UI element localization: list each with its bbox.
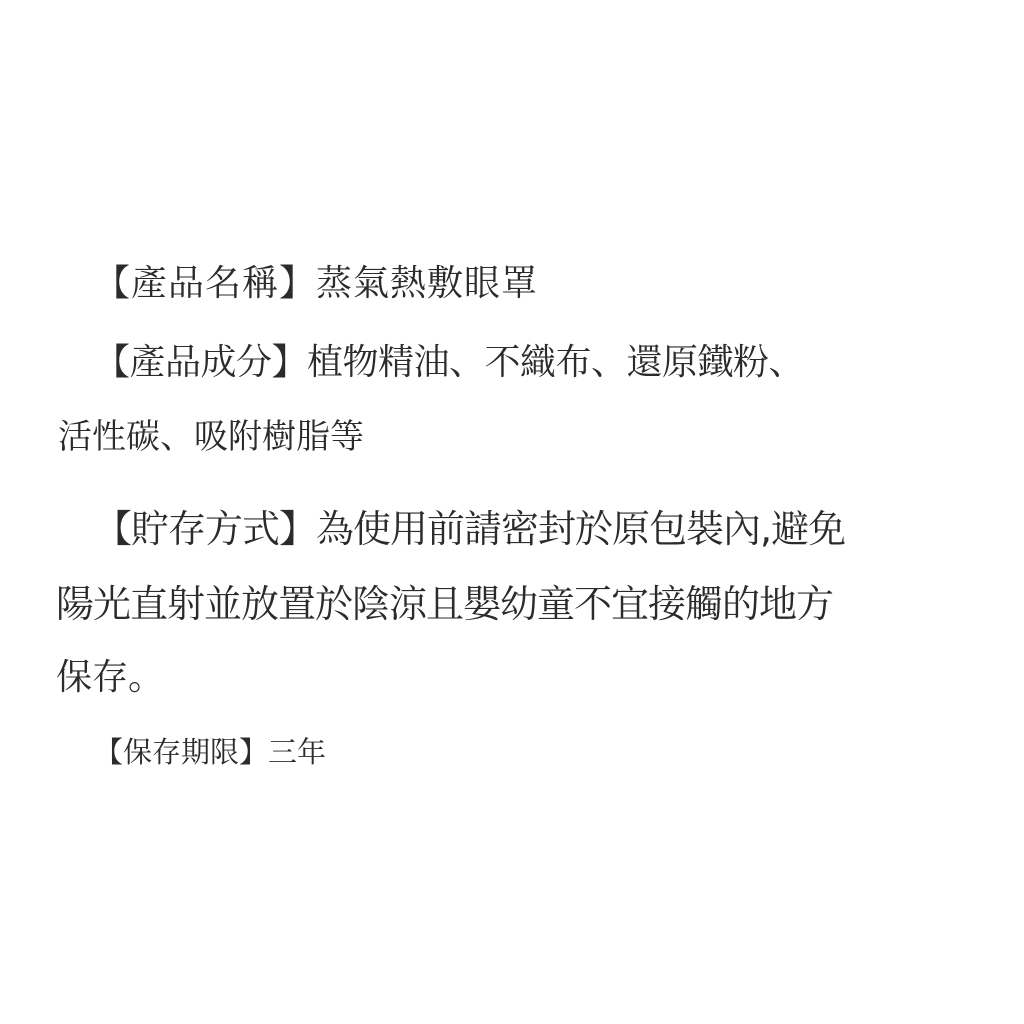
storage-label: 【貯存方式】: [94, 507, 316, 551]
product-name-row: 【產品名稱】蒸氣熱敷眼罩: [94, 266, 538, 302]
shelf-life-row: 【保存期限】三年: [94, 738, 326, 767]
storage-row: 【貯存方式】為使用前請密封於原包裝內,避免: [94, 510, 845, 548]
ingredients-value-line2: 活性碳、吸附樹脂等: [58, 417, 364, 457]
ingredients-row: 【產品成分】植物精油、不織布、還原鐵粉、: [94, 345, 804, 381]
shelf-life-label: 【保存期限】: [94, 735, 268, 769]
product-name-value: 蒸氣熱敷眼罩: [316, 263, 538, 304]
storage-continuation-1: 陽光直射並放置於陰涼且嬰幼童不宜接觸的地方: [56, 585, 833, 623]
product-name-label: 【產品名稱】: [94, 263, 316, 304]
ingredients-value-line1: 植物精油、不織布、還原鐵粉、: [307, 342, 804, 383]
ingredients-label: 【產品成分】: [94, 342, 307, 383]
storage-value-line1: 為使用前請密封於原包裝內,避免: [316, 507, 845, 551]
storage-value-line3: 保存。: [56, 657, 164, 698]
shelf-life-value: 三年: [268, 735, 326, 769]
ingredients-continuation: 活性碳、吸附樹脂等: [58, 420, 364, 454]
storage-value-line2: 陽光直射並放置於陰涼且嬰幼童不宜接觸的地方: [56, 582, 833, 626]
storage-continuation-2: 保存。: [56, 660, 164, 696]
